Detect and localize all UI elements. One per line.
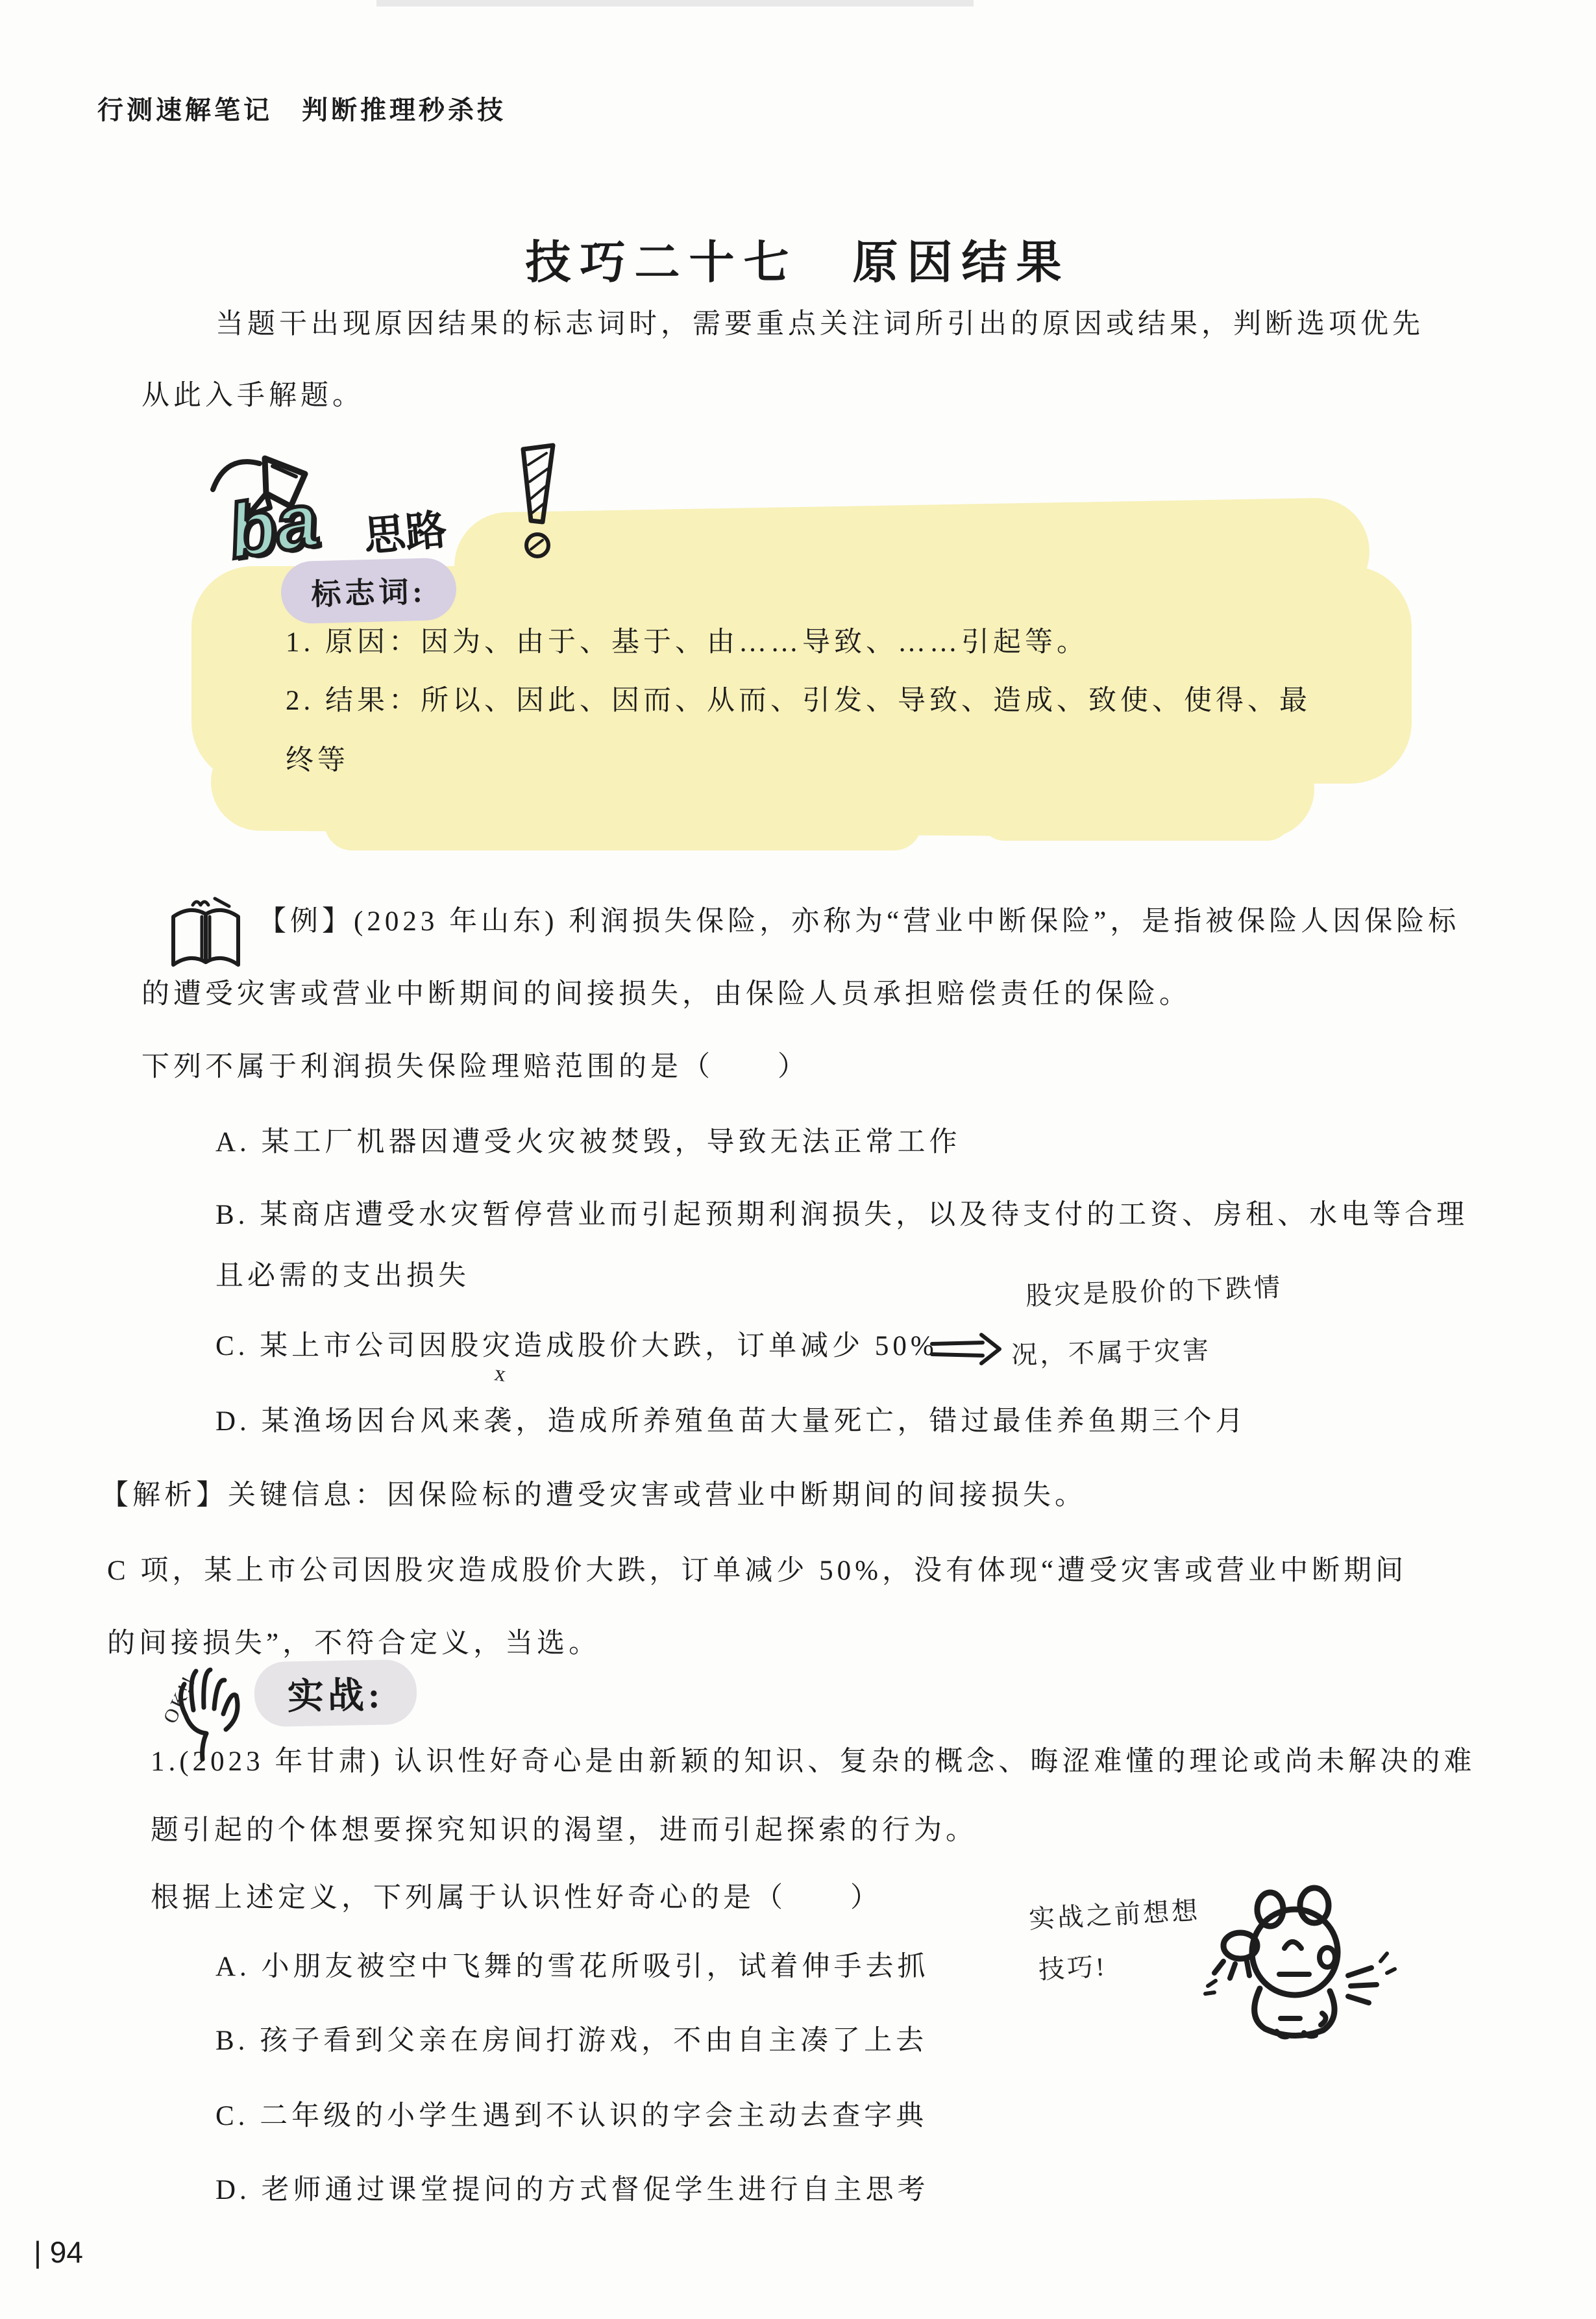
handwritten-note-line2: 况，不属于灾害 (1011, 1330, 1211, 1372)
booklet-header: 行测速解笔记 判断推理秒杀技 (97, 90, 506, 127)
practice-option-a: A. 小朋友被空中飞舞的雪花所吸引，试着伸手去抓 (215, 1953, 929, 1981)
margin-note-line2: 技巧! (1038, 1946, 1108, 1986)
practice-q-line1: 1.(2023 年甘肃) 认识性好奇心是由新颖的知识、复杂的概念、晦涩难懂的理论… (151, 1748, 1475, 1776)
example-line-1: 【例】(2023 年山东) 利润损失保险，亦称为“营业中断保险”，是指被保险人因… (258, 908, 1460, 936)
marker-item-3: 终等 (286, 747, 349, 775)
analysis-line-1: 【解析】关键信息：因保险标的遭受灾害或营业中断期间的间接损失。 (101, 1482, 1087, 1509)
highlight-marker (325, 795, 922, 850)
example-option-b-line1: B. 某商店遭受水灾暂停营业而引起预期利润损失，以及待支付的工资、房租、水电等合… (215, 1201, 1468, 1229)
example-line-2: 的遭受灾害或营业中断期间的间接损失，由保险人员承担赔偿责任的保险。 (141, 980, 1191, 1008)
x-mark-annotation: x (493, 1361, 509, 1388)
page-title: 技巧二十七 原因结果 (526, 226, 1071, 291)
intro-line-1: 当题干出现原因结果的标志词时，需要重点关注词所引出的原因或结果，判断选项优先 (215, 310, 1424, 338)
intro-line-2: 从此入手解题。 (141, 382, 364, 410)
marker-words-badge: 标志词: (280, 557, 457, 624)
logo-silu: 思路 (361, 497, 449, 564)
practice-option-b: B. 孩子看到父亲在房间打游戏，不由自主凑了上去 (215, 2027, 927, 2055)
analysis-line-2: C 项，某上市公司因股灾造成股价大跌，订单减少 50%，没有体现“遭受灾害或营业… (107, 1557, 1407, 1585)
practice-option-c: C. 二年级的小学生遇到不认识的字会主动去查字典 (215, 2102, 927, 2130)
book-icon (159, 895, 256, 979)
example-option-a: A. 某工厂机器因遭受火灾被焚毁，导致无法正常工作 (215, 1128, 961, 1156)
book-page: 行测速解笔记 判断推理秒杀技 技巧二十七 原因结果 当题干出现原因结果的标志词时… (0, 0, 1596, 2319)
marker-item-2: 2. 结果：所以、因此、因而、从而、引发、导致、造成、致使、使得、最 (286, 687, 1311, 715)
example-option-c: C. 某上市公司因股灾造成股价大跌，订单减少 50% (215, 1332, 938, 1360)
example-option-b-line2: 且必需的支出损失 (215, 1262, 470, 1290)
margin-note-line1: 实战之前想想 (1028, 1890, 1201, 1936)
practice-option-d: D. 老师通过课堂提问的方式督促学生进行自主思考 (215, 2176, 929, 2204)
practice-q-line3: 根据上述定义，下列属于认识性好奇心的是（ ） (151, 1884, 882, 1912)
double-arrow-icon (927, 1330, 1005, 1369)
exclamation-icon (511, 443, 563, 573)
practice-badge: 实战: (254, 1659, 417, 1727)
scan-artifact (376, 0, 974, 6)
handwritten-note-line1: 股灾是股价的下跌情 (1025, 1267, 1283, 1313)
example-option-d: D. 某渔场因台风来袭，造成所养殖鱼苗大量死亡，错过最佳养鱼期三个月 (215, 1408, 1247, 1435)
marker-item-1: 1. 原因：因为、由于、基于、由……导致、……引起等。 (286, 628, 1088, 656)
practice-q-line2: 题引起的个体想要探究知识的渴望，进而引起探索的行为。 (151, 1817, 977, 1844)
rabbit-doodle (1197, 1886, 1392, 2048)
example-question: 下列不属于利润损失保险理赔范围的是（ ） (141, 1053, 809, 1081)
page-number: | 94 (34, 2235, 83, 2270)
highlight-marker (980, 792, 1292, 841)
